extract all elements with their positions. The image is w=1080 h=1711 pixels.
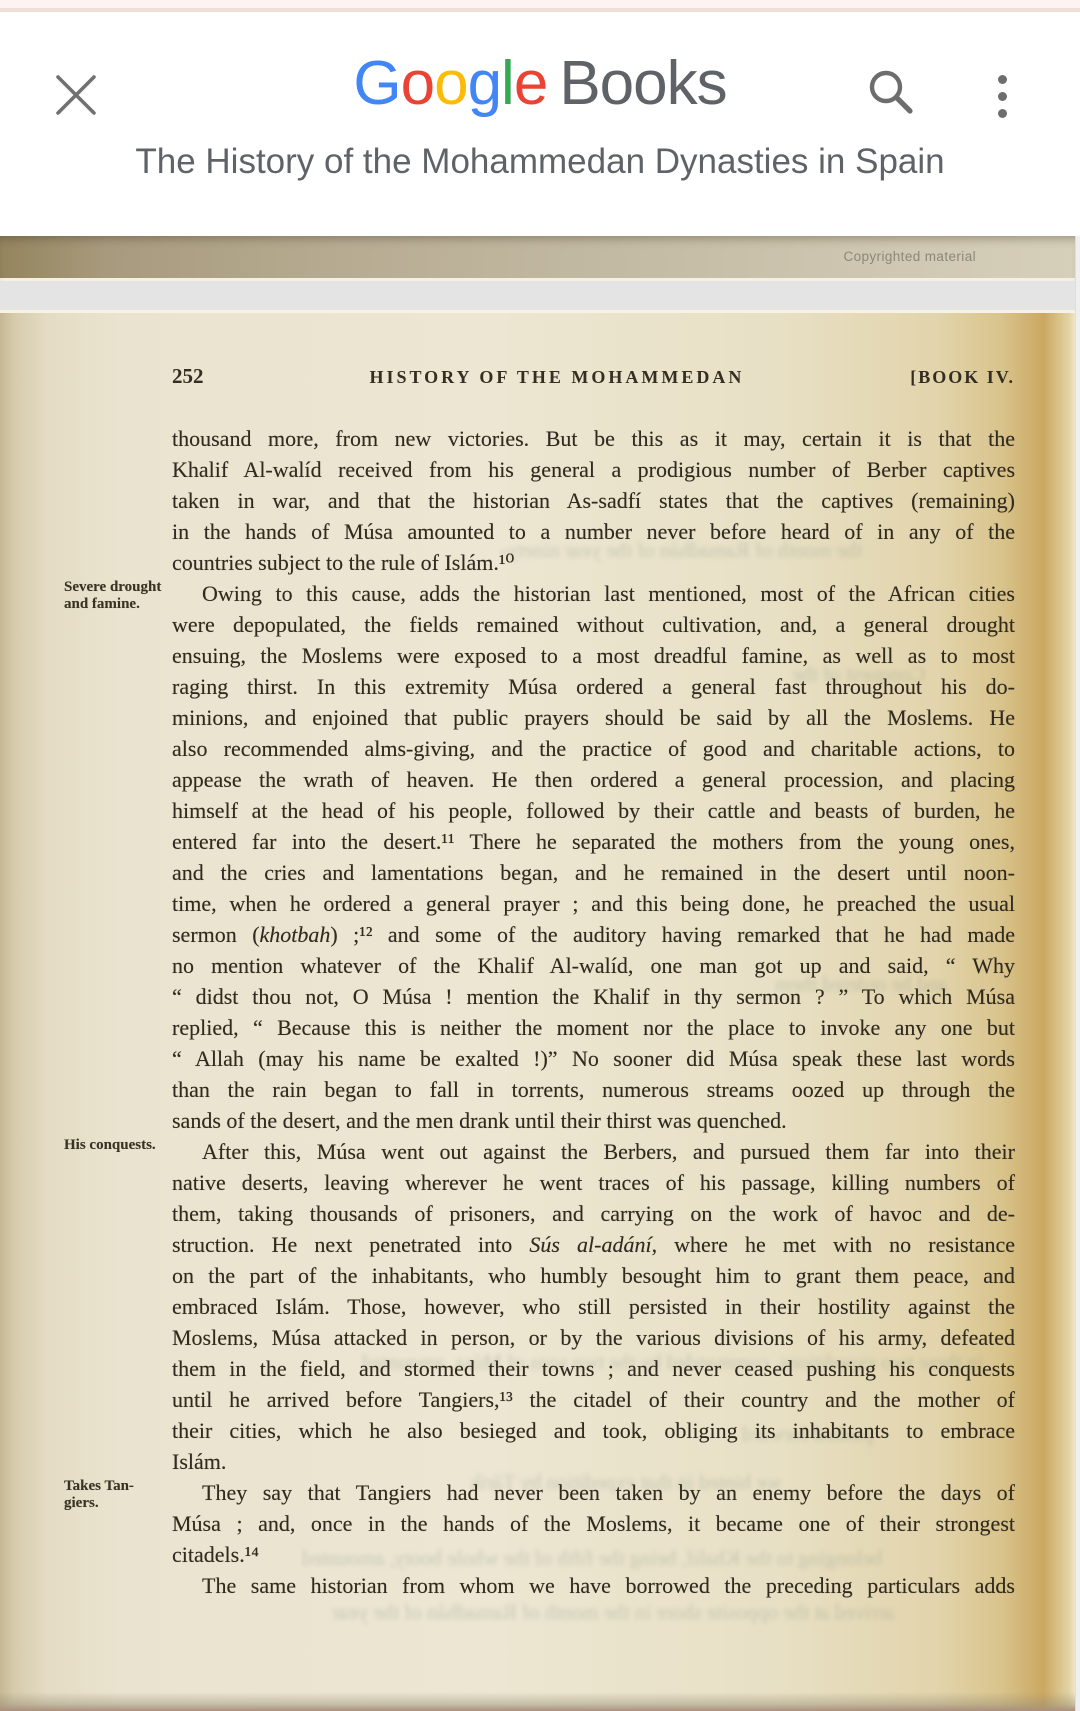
text-line: “ Allah (may his name be exalted !)” No … [172,1043,1015,1074]
book-number-label: [BOOK IV. [910,367,1015,388]
text-line: The same historian from whom we have bor… [172,1570,1015,1601]
paragraph: Severe droughtand famine.Owing to this c… [172,578,1015,1136]
google-books-logo: GoogleBooks [0,50,1080,118]
text-line: no mention whatever of the Khalif Al-wal… [172,950,1015,981]
text-line: them in the field, and stormed their tow… [172,1353,1015,1384]
text-line: Khalif Al-walíd received from his genera… [172,454,1015,485]
text-line: time, when he ordered a general prayer ;… [172,888,1015,919]
text-line: sermon (khotbah) ;¹² and some of the aud… [172,919,1015,950]
text-line: After this, Músa went out against the Be… [172,1136,1015,1167]
book-title: The History of the Mohammedan Dynasties … [0,142,1080,182]
text-line: their cities, which he also besieged and… [172,1415,1015,1446]
scanned-page: the month of Ramadhán of the year ninety… [0,310,1076,1711]
margin-note: Takes Tan-giers. [64,1478,170,1512]
text-line: They say that Tangiers had never been ta… [172,1477,1015,1508]
text-line: native deserts, leaving wherever he went… [172,1167,1015,1198]
text-line: citadels.¹⁴ [172,1539,1015,1570]
text-line: Islám. [172,1446,1015,1477]
text-line: until he arrived before Tangiers,¹³ the … [172,1384,1015,1415]
logo-letter: o [434,49,467,118]
text-line: were depopulated, the fields remained wi… [172,609,1015,640]
text-line: sands of the desert, and the men drank u… [172,1105,1015,1136]
overflow-menu-button[interactable] [986,68,1018,124]
text-line: Owing to this cause, adds the historian … [172,578,1015,609]
paragraph: The same historian from whom we have bor… [172,1570,1015,1601]
text-line: himself at the head of his people, follo… [172,795,1015,826]
text-line: minions, and enjoined that public prayer… [172,702,1015,733]
text-line: taken in war, and that the historian As-… [172,485,1015,516]
text-line: entered far into the desert.¹¹ There he … [172,826,1015,857]
copyright-notice: Copyrighted material [843,249,976,264]
text-line: than the rain began to fall in torrents,… [172,1074,1015,1105]
google-logo-word: Google [353,49,547,118]
overflow-dots-icon [998,92,1007,101]
paragraph: thousand more, from new victories. But b… [172,423,1015,578]
text-line: in the hands of Músa amounted to a numbe… [172,516,1015,547]
text-line: Músa ; and, once in the hands of the Mos… [172,1508,1015,1539]
previous-page-edge: Copyrighted material [0,236,1076,281]
text-line: countries subject to the rule of Islám.¹… [172,547,1015,578]
margin-note: Severe droughtand famine. [64,579,170,613]
books-logo-word: Books [559,49,726,118]
text-line: on the part of the inhabitants, who humb… [172,1260,1015,1291]
text-line: and the cries and lamentations began, an… [172,857,1015,888]
running-title: HISTORY OF THE MOHAMMEDAN [369,367,744,388]
app-bar: GoogleBooks The History of the Mohammeda… [0,12,1080,236]
text-line: replied, “ Because this is neither the m… [172,1012,1015,1043]
text-line: ensuing, the Moslems were exposed to a m… [172,640,1015,671]
margin-note: His conquests. [64,1137,170,1154]
logo-letter: l [501,49,514,118]
logo-letter: o [401,49,434,118]
text-line: appease the wrath of heaven. He then ord… [172,764,1015,795]
logo-letter: e [514,49,547,118]
text-line: also recommended alms-giving, and the pr… [172,733,1015,764]
status-bar [0,0,1080,12]
overflow-dots-icon [998,109,1007,118]
page-number: 252 [172,364,204,389]
overflow-dots-icon [998,75,1007,84]
page-header: 252 HISTORY OF THE MOHAMMEDAN [BOOK IV. [172,364,1015,389]
text-line: them, taking thousands of prisoners, and… [172,1198,1015,1229]
book-page-scan[interactable]: Copyrighted material the month of Ramadh… [0,236,1080,1711]
search-icon [865,66,915,116]
search-button[interactable] [864,66,916,118]
text-line: embraced Islám. Those, however, who stil… [172,1291,1015,1322]
logo-letter: G [353,49,400,118]
scrollbar-track[interactable] [1075,236,1080,1711]
logo-letter: g [468,49,501,118]
paragraph: His conquests.After this, Músa went out … [172,1136,1015,1477]
text-line: “ didst thou not, O Músa ! mention the K… [172,981,1015,1012]
text-line: raging thirst. In this extremity Músa or… [172,671,1015,702]
google-books-reader: GoogleBooks The History of the Mohammeda… [0,0,1080,1711]
text-line: Moslems, Músa attacked in person, or by … [172,1322,1015,1353]
text-line: struction. He next penetrated into Sús a… [172,1229,1015,1260]
text-line: thousand more, from new victories. But b… [172,423,1015,454]
text-flow: thousand more, from new victories. But b… [172,423,1015,1601]
paragraph: Takes Tan-giers.They say that Tangiers h… [172,1477,1015,1570]
page-gap [0,281,1076,310]
ghost-text-line: arrived at the opposite shore in the mon… [332,1600,894,1625]
